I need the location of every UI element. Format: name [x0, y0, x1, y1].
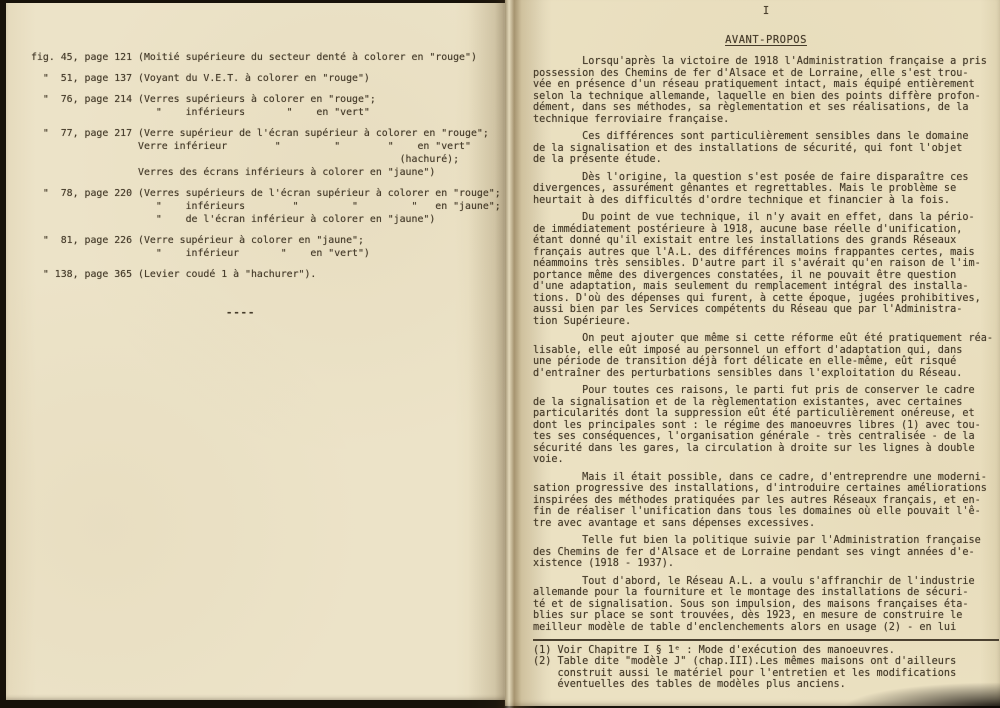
figure-entry: " 51, page 137 (Voyant du V.E.T. à color…: [31, 72, 505, 85]
figure-entry: " 76, page 214 (Verres supérieurs à colo…: [31, 93, 505, 119]
left-page: fig. 45, page 121 (Moitié supérieure du …: [6, 3, 505, 700]
separator-dashes: ----: [226, 307, 505, 319]
page-number: I: [533, 6, 999, 18]
paragraph: Mais il était possible, dans ce cadre, d…: [533, 472, 999, 530]
right-page: I AVANT-PROPOS Lorsqu'après la victoire …: [505, 0, 1000, 706]
figure-entry: " 81, page 226 (Verre supérieur à colore…: [31, 234, 505, 260]
figure-entry: " 138, page 365 (Levier coudé 1 à "hachu…: [31, 268, 505, 281]
scanned-book-spread: { "palette": { "paper": "#ece3c6", "ink"…: [0, 0, 1000, 708]
section-heading: AVANT-PROPOS: [533, 35, 999, 47]
footnote: (1) Voir Chapitre I § 1ᵉ : Mode d'exécut…: [533, 645, 999, 657]
paragraph: Ces différences sont particulièrement se…: [533, 131, 999, 166]
figure-entry: " 77, page 217 (Verre supérieur de l'écr…: [31, 127, 505, 179]
footnote-rule: [533, 639, 999, 641]
paragraph: Pour toutes ces raisons, le parti fut pr…: [533, 385, 999, 466]
figure-list: fig. 45, page 121 (Moitié supérieure du …: [6, 3, 505, 281]
figure-entry: fig. 45, page 121 (Moitié supérieure du …: [31, 51, 505, 64]
paragraph: Tout d'abord, le Réseau A.L. a voulu s'a…: [533, 576, 999, 634]
paragraph: Dès l'origine, la question s'est posée d…: [533, 172, 999, 207]
figure-entry: " 78, page 220 (Verres supérieurs de l'é…: [31, 187, 505, 226]
right-page-text-column: I AVANT-PROPOS Lorsqu'après la victoire …: [505, 0, 999, 691]
paragraph: On peut ajouter que même si cette réform…: [533, 333, 999, 379]
paragraph: Lorsqu'après la victoire de 1918 l'Admin…: [533, 56, 999, 125]
footnote: (2) Table dite "modèle J" (chap.III).Les…: [533, 656, 999, 691]
paragraph: Telle fut bien la politique suivie par l…: [533, 535, 999, 570]
paragraph: Du point de vue technique, il n'y avait …: [533, 212, 999, 327]
